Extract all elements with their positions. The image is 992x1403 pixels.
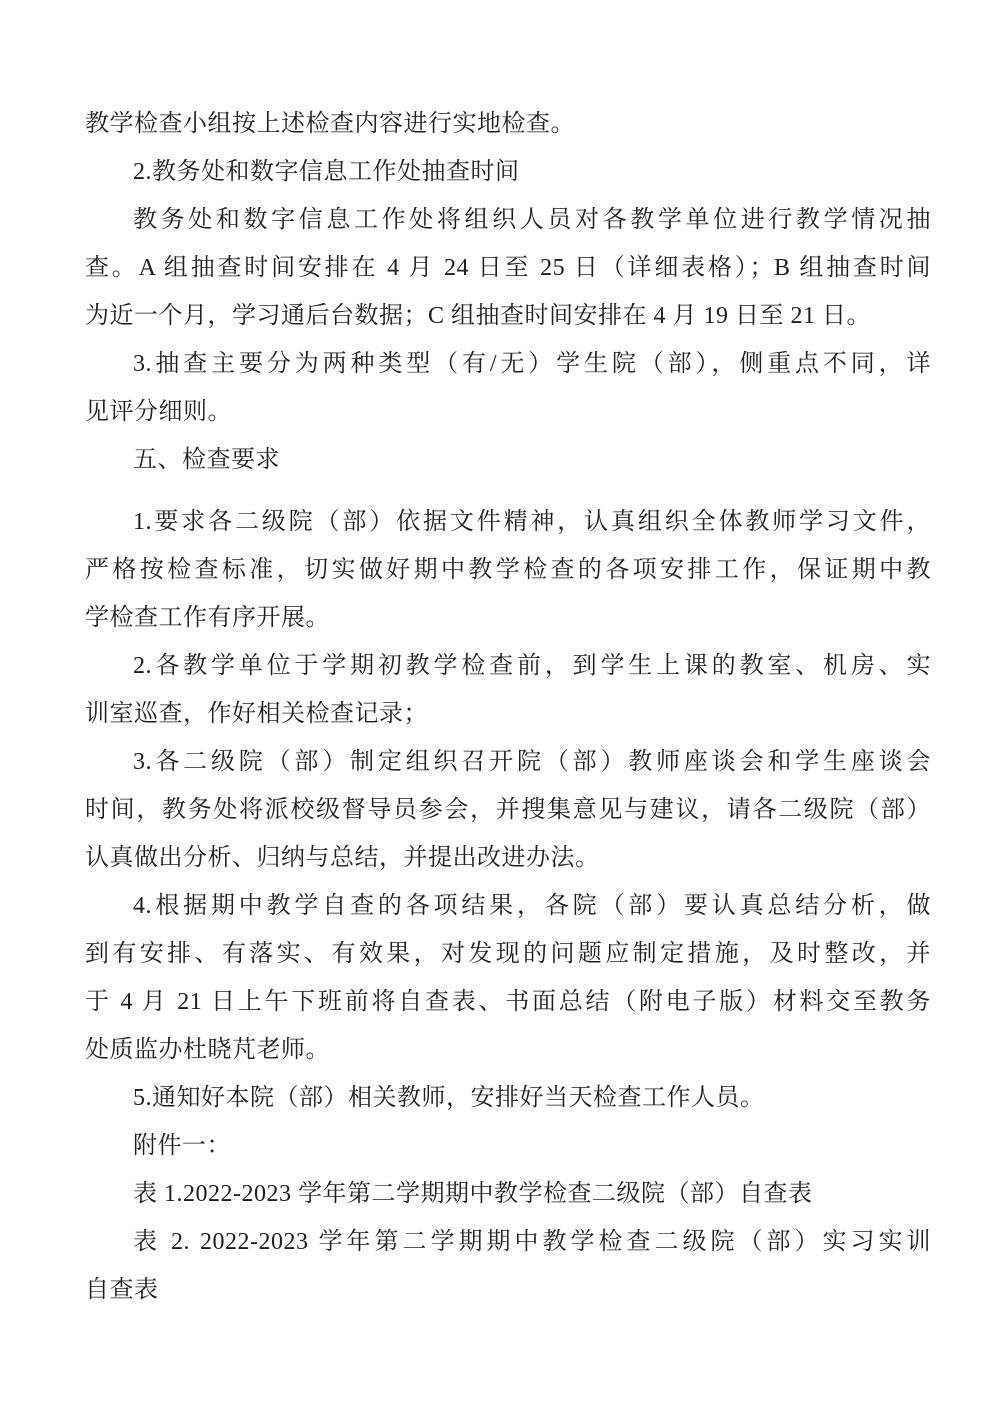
text-line: 附件一： xyxy=(85,1122,931,1170)
text-line: 见评分细则。 xyxy=(85,388,931,436)
text-line: 表 2. 2022-2023 学年第二学期期中教学检查二级院（部）实习实训 xyxy=(85,1218,931,1266)
text-line: 3.各二级院（部）制定组织召开院（部）教师座谈会和学生座谈会 xyxy=(85,738,931,786)
document-page: 教学检查小组按上述检查内容进行实地检查。 2.教务处和数字信息工作处抽查时间 教… xyxy=(0,0,992,1403)
text-line: 到有安排、有落实、有效果，对发现的问题应制定措施，及时整改，并 xyxy=(85,930,931,978)
paragraph-requirement-2: 2.各教学单位于学期初教学检查前，到学生上课的教室、机房、实 训室巡查，作好相关… xyxy=(85,642,931,738)
text-line: 表 1.2022-2023 学年第二学期期中教学检查二级院（部）自查表 xyxy=(85,1170,931,1218)
paragraph-item-2-title: 2.教务处和数字信息工作处抽查时间 xyxy=(85,148,931,196)
text-line: 教务处和数字信息工作处将组织人员对各教学单位进行教学情况抽 xyxy=(85,196,931,244)
text-line: 认真做出分析、归纳与总结，并提出改进办法。 xyxy=(85,834,931,882)
text-line: 2.各教学单位于学期初教学检查前，到学生上课的教室、机房、实 xyxy=(85,642,931,690)
paragraph-requirement-1: 1.要求各二级院（部）依据文件精神，认真组织全体教师学习文件， 严格按检查标准，… xyxy=(85,498,931,642)
paragraph-requirement-5: 5.通知好本院（部）相关教师，安排好当天检查工作人员。 xyxy=(85,1074,931,1122)
paragraph-requirement-3: 3.各二级院（部）制定组织召开院（部）教师座谈会和学生座谈会 时间，教务处将派校… xyxy=(85,738,931,882)
text-line: 1.要求各二级院（部）依据文件精神，认真组织全体教师学习文件， xyxy=(85,498,931,546)
text-line: 4.根据期中教学自查的各项结果，各院（部）要认真总结分析，做 xyxy=(85,882,931,930)
text-line: 时间，教务处将派校级督导员参会，并搜集意见与建议，请各二级院（部） xyxy=(85,786,931,834)
paragraph-item-3-types: 3.抽查主要分为两种类型（有/无）学生院（部），侧重点不同，详 见评分细则。 xyxy=(85,340,931,436)
text-line: 学检查工作有序开展。 xyxy=(85,594,931,642)
text-line: 3.抽查主要分为两种类型（有/无）学生院（部），侧重点不同，详 xyxy=(85,340,931,388)
attachment-table-2: 表 2. 2022-2023 学年第二学期期中教学检查二级院（部）实习实训 自查… xyxy=(85,1218,931,1314)
text-line: 为近一个月，学习通后台数据；C 组抽查时间安排在 4 月 19 日至 21 日。 xyxy=(85,292,931,340)
attachment-table-1: 表 1.2022-2023 学年第二学期期中教学检查二级院（部）自查表 xyxy=(85,1170,931,1218)
text-line: 5.通知好本院（部）相关教师，安排好当天检查工作人员。 xyxy=(85,1074,931,1122)
paragraph-requirement-4: 4.根据期中教学自查的各项结果，各院（部）要认真总结分析，做 到有安排、有落实、… xyxy=(85,882,931,1074)
attachment-label: 附件一： xyxy=(85,1122,931,1170)
text-line: 查。A 组抽查时间安排在 4 月 24 日至 25 日（详细表格）；B 组抽查时… xyxy=(85,244,931,292)
text-line: 处质监办杜晓芃老师。 xyxy=(85,1026,931,1074)
section-heading: 五、检查要求 xyxy=(85,436,931,484)
text-line: 于 4 月 21 日上午下班前将自查表、书面总结（附电子版）材料交至教务 xyxy=(85,978,931,1026)
text-line: 训室巡查，作好相关检查记录； xyxy=(85,690,931,738)
section-heading-text: 五、检查要求 xyxy=(85,436,931,484)
text-line: 严格按检查标准，切实做好期中教学检查的各项安排工作，保证期中教 xyxy=(85,546,931,594)
text-line: 自查表 xyxy=(85,1266,931,1314)
paragraph-sampling-schedule: 教务处和数字信息工作处将组织人员对各教学单位进行教学情况抽 查。A 组抽查时间安… xyxy=(85,196,931,340)
text-line: 2.教务处和数字信息工作处抽查时间 xyxy=(85,148,931,196)
text-line: 教学检查小组按上述检查内容进行实地检查。 xyxy=(85,100,931,148)
paragraph-continuation: 教学检查小组按上述检查内容进行实地检查。 xyxy=(85,100,931,148)
document-content: 教学检查小组按上述检查内容进行实地检查。 2.教务处和数字信息工作处抽查时间 教… xyxy=(0,0,992,1314)
